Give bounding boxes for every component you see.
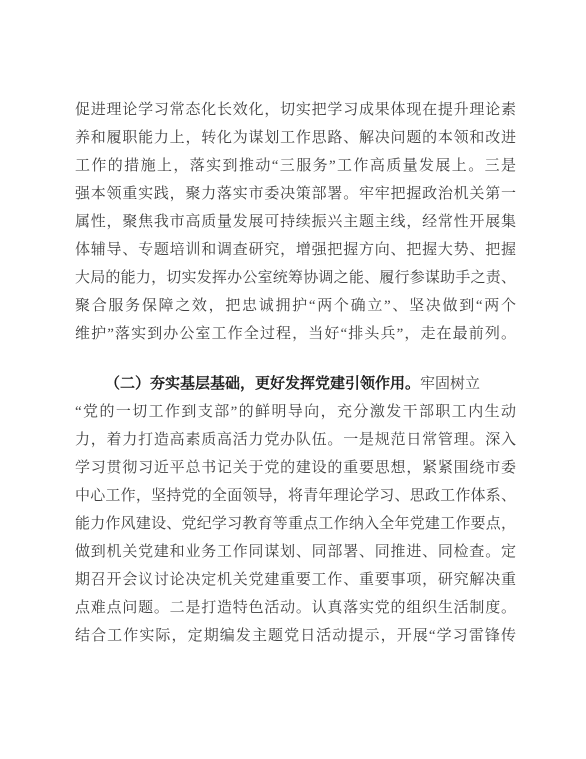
text-segment: 期召开会议讨论决定机关党建重要工作、重要事项，研究解决重	[75, 572, 516, 588]
text-line: （二）夯实基层基础，更好发挥党建引领作用。牢固树立	[75, 370, 516, 398]
text-segment: 属性，聚焦我市高质量发展可持续振兴主题主线，经常性开展集	[75, 214, 516, 230]
text-segment: 做到机关党建和业务工作同谋划、同部署、同推进、同检查。定	[75, 544, 516, 560]
text-line: 工作的措施上，落实到推动“三服务”工作高质量发展上。三是	[75, 152, 516, 180]
text-line: 大局的能力，切实发挥办公室统筹协调之能、履行参谋助手之责、	[75, 264, 516, 292]
text-segment: 力，着力打造高素质高活力党办队伍。一是规范日常管理。深入	[75, 432, 516, 448]
bold-text-segment: （二）夯实基层基础，更好发挥党建引领作用。	[105, 376, 420, 392]
text-line: 强本领重实践，聚力落实市委决策部署。牢牢把握政治机关第一	[75, 180, 516, 208]
text-segment: 强本领重实践，聚力落实市委决策部署。牢牢把握政治机关第一	[75, 186, 516, 202]
text-segment: 点难点问题。二是打造特色活动。认真落实党的组织生活制度。	[75, 600, 516, 616]
text-line: 聚合服务保障之效，把忠诚拥护“两个确立”、坚决做到“两个	[75, 292, 516, 320]
text-line: 体辅导、专题培训和调查研究，增强把握方向、把握大势、把握	[75, 236, 516, 264]
text-line: 结合工作实际，定期编发主题党日活动提示，开展“学习雷锋传	[75, 622, 516, 650]
text-line: 中心工作，坚持党的全面领导，将青年理论学习、思政工作体系、	[75, 482, 516, 510]
text-block: 促进理论学习常态化长效化，切实把学习成果体现在提升理论素养和履职能力上，转化为谋…	[75, 96, 516, 650]
text-line: 力，着力打造高素质高活力党办队伍。一是规范日常管理。深入	[75, 426, 516, 454]
text-line: 期召开会议讨论决定机关党建重要工作、重要事项，研究解决重	[75, 566, 516, 594]
text-segment: 大局的能力，切实发挥办公室统筹协调之能、履行参谋助手之责、	[75, 270, 516, 286]
text-line: 学习贯彻习近平总书记关于党的建设的重要思想，紧紧围绕市委	[75, 454, 516, 482]
text-segment: “党的一切工作到支部”的鲜明导向，充分激发干部职工内生动	[75, 404, 516, 420]
text-segment: 学习贯彻习近平总书记关于党的建设的重要思想，紧紧围绕市委	[75, 460, 516, 476]
text-line: 做到机关党建和业务工作同谋划、同部署、同推进、同检查。定	[75, 538, 516, 566]
text-segment: 促进理论学习常态化长效化，切实把学习成果体现在提升理论素	[75, 102, 516, 118]
document-page: 促进理论学习常态化长效化，切实把学习成果体现在提升理论素养和履职能力上，转化为谋…	[0, 0, 586, 759]
text-line: “党的一切工作到支部”的鲜明导向，充分激发干部职工内生动	[75, 398, 516, 426]
text-segment: 结合工作实际，定期编发主题党日活动提示，开展“学习雷锋传	[75, 628, 516, 644]
text-line: 养和履职能力上，转化为谋划工作思路、解决问题的本领和改进	[75, 124, 516, 152]
text-line: 属性，聚焦我市高质量发展可持续振兴主题主线，经常性开展集	[75, 208, 516, 236]
paragraph-2: （二）夯实基层基础，更好发挥党建引领作用。牢固树立“党的一切工作到支部”的鲜明导…	[75, 370, 516, 650]
paragraph-1: 促进理论学习常态化长效化，切实把学习成果体现在提升理论素养和履职能力上，转化为谋…	[75, 96, 516, 348]
text-line: 促进理论学习常态化长效化，切实把学习成果体现在提升理论素	[75, 96, 516, 124]
text-segment: 养和履职能力上，转化为谋划工作思路、解决问题的本领和改进	[75, 130, 516, 146]
text-segment: 中心工作，坚持党的全面领导，将青年理论学习、思政工作体系、	[75, 488, 516, 504]
text-segment: 体辅导、专题培训和调查研究，增强把握方向、把握大势、把握	[75, 242, 516, 258]
text-segment: 维护”落实到办公室工作全过程，当好“排头兵”，走在最前列。	[75, 326, 516, 342]
text-segment: 能力作风建设、党纪学习教育等重点工作纳入全年党建工作要点，	[75, 516, 516, 532]
text-line: 点难点问题。二是打造特色活动。认真落实党的组织生活制度。	[75, 594, 516, 622]
text-line: 维护”落实到办公室工作全过程，当好“排头兵”，走在最前列。	[75, 320, 516, 348]
text-segment: 牢固树立	[420, 376, 480, 392]
text-segment: 工作的措施上，落实到推动“三服务”工作高质量发展上。三是	[75, 158, 516, 174]
text-line: 能力作风建设、党纪学习教育等重点工作纳入全年党建工作要点，	[75, 510, 516, 538]
text-segment: 聚合服务保障之效，把忠诚拥护“两个确立”、坚决做到“两个	[75, 298, 516, 314]
